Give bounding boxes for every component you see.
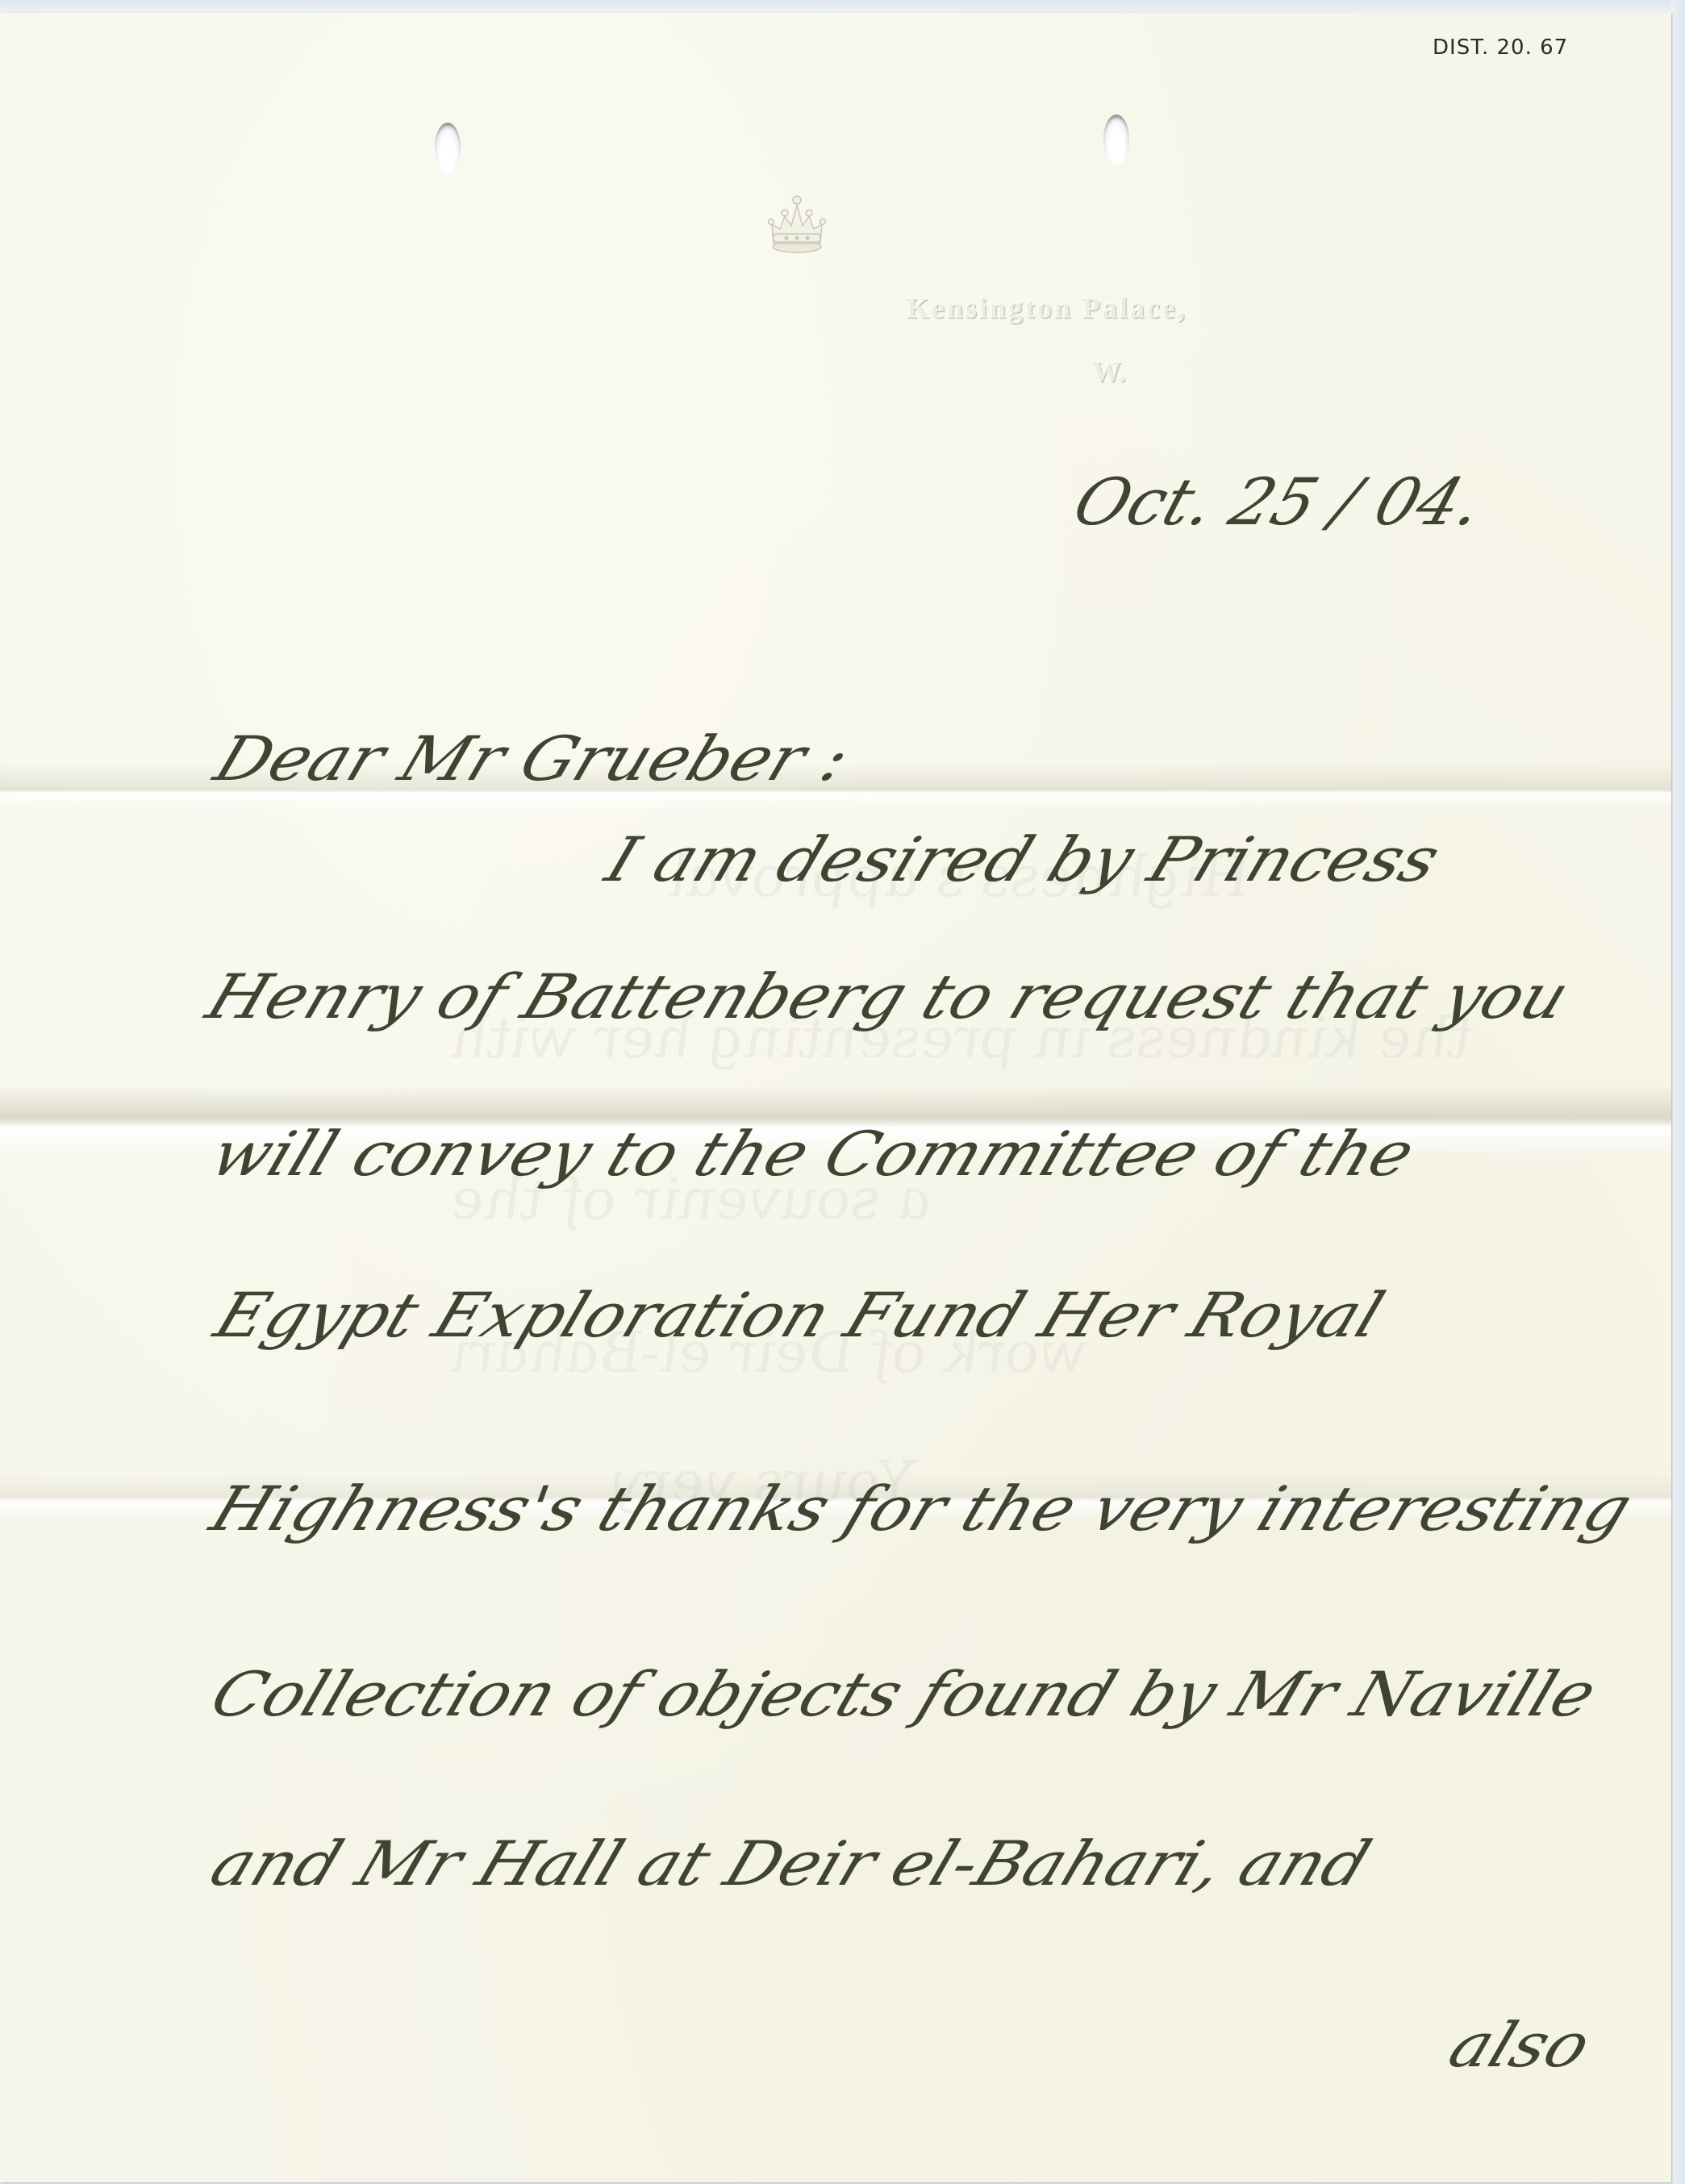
punch-hole-left	[435, 123, 461, 173]
archive-reference: DIST. 20. 67	[1433, 35, 1568, 60]
letterhead-address: Kensington Palace,	[907, 291, 1187, 325]
letter-date: Oct. 25 / 04.	[1065, 465, 1492, 540]
body-line: Collection of objects found by Mr Navill…	[202, 1658, 1606, 1730]
letter-paper: DIST. 20. 67 Kensington Palace, W. Highn…	[0, 13, 1671, 2182]
letterhead-postal-district: W.	[1092, 355, 1126, 389]
scan-background-right	[1671, 0, 1685, 2184]
scan-background-top	[0, 0, 1685, 13]
body-line: Egypt Exploration Fund Her Royal	[206, 1279, 1394, 1351]
catchword: also	[1440, 2009, 1600, 2081]
salutation: Dear Mr Grueber :	[206, 723, 860, 794]
body-line: and Mr Hall at Deir el-Bahari, and	[202, 1828, 1380, 1899]
body-line: will convey to the Committee of the	[202, 1118, 1424, 1190]
body-line: Henry of Battenberg to request that you	[198, 961, 1579, 1032]
body-line: I am desired by Princess	[597, 823, 1449, 895]
punch-hole-right	[1103, 115, 1129, 165]
body-line: Highness's thanks for the very interesti…	[202, 1473, 1641, 1544]
crown-icon	[762, 187, 832, 256]
